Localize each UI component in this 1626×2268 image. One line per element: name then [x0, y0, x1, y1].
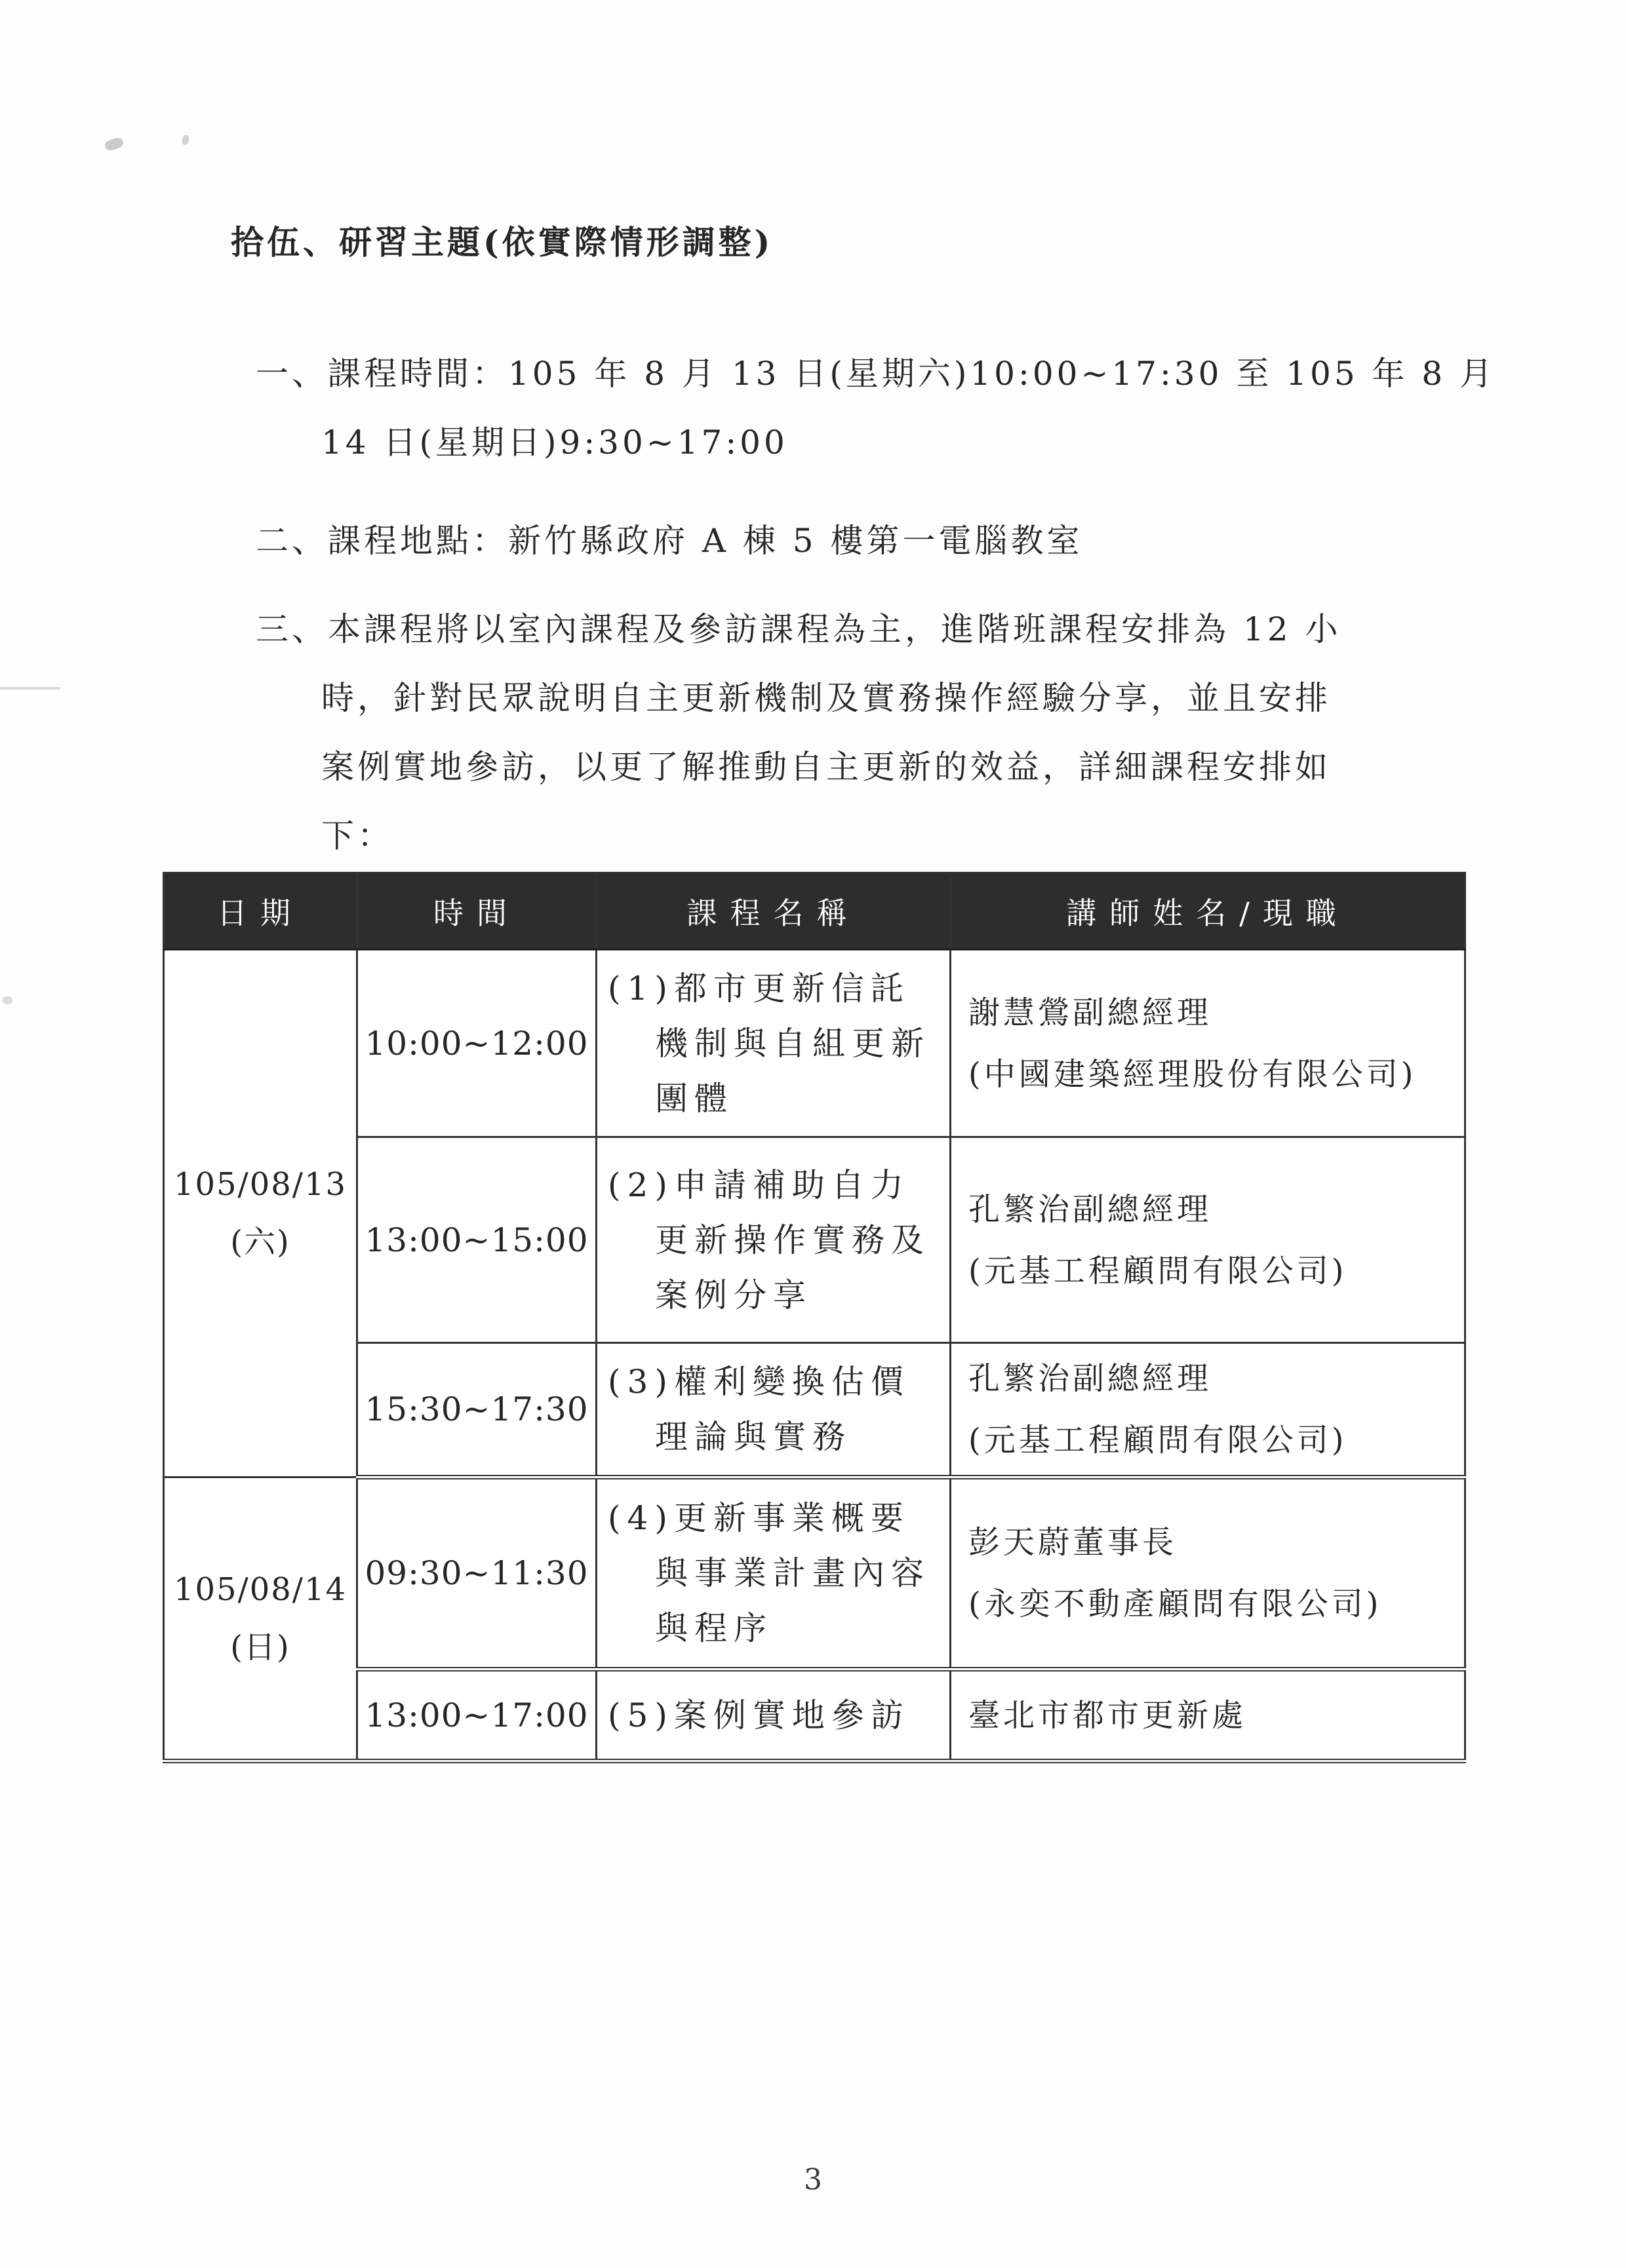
course-name: (1)都市更新信託機制與自組更新團體	[608, 961, 945, 1126]
instructor-cell: 孔繁治副總經理 (元基工程顧問有限公司)	[951, 1137, 1465, 1343]
course-cell: (5)案例實地參訪	[597, 1670, 951, 1761]
text-line: 三、本課程將以室內課程及參訪課程為主，進階班課程安排為 12 小	[256, 595, 1341, 664]
table-row: 13:00~15:00 (2)申請補助自力更新操作實務及案例分享 孔繁治副總經理…	[164, 1137, 1465, 1343]
scan-artifact	[104, 136, 125, 152]
instructor-name: 孔繁治副總經理	[968, 1190, 1463, 1228]
text-line: 下：	[321, 802, 1341, 870]
instructor-name: 謝慧鶯副總經理	[968, 994, 1463, 1032]
table-row: 13:00~17:00 (5)案例實地參訪 臺北市都市更新處	[164, 1670, 1465, 1761]
list-item-course-description: 三、本課程將以室內課程及參訪課程為主，進階班課程安排為 12 小 時，針對民眾說…	[256, 595, 1341, 870]
instructor-cell: 孔繁治副總經理 (元基工程顧問有限公司)	[951, 1343, 1465, 1477]
instructor-name: 臺北市都市更新處	[968, 1696, 1463, 1734]
course-cell: (4)更新事業概要與事業計畫內容與程序	[597, 1477, 951, 1670]
course-name: (2)申請補助自力更新操作實務及案例分享	[608, 1158, 945, 1323]
instructor-organization: (元基工程顧問有限公司)	[968, 1252, 1463, 1290]
time-cell: 15:30~17:30	[357, 1343, 597, 1477]
instructor-cell: 謝慧鶯副總經理 (中國建築經理股份有限公司)	[951, 950, 1465, 1137]
table-row: 15:30~17:30 (3)權利變換估價理論與實務 孔繁治副總經理 (元基工程…	[164, 1343, 1465, 1477]
instructor-name: 孔繁治副總經理	[968, 1359, 1463, 1398]
table-row: 105/08/14 (日) 09:30~11:30 (4)更新事業概要與事業計畫…	[164, 1477, 1465, 1670]
instructor-organization: (中國建築經理股份有限公司)	[968, 1055, 1463, 1093]
section-title: 拾伍、研習主題(依實際情形調整)	[231, 223, 773, 262]
schedule-table-container: 日期 時間 課程名稱 講師姓名/現職 105/08/13 (六) 10:00~1…	[163, 872, 1466, 1763]
date-cell: 105/08/13 (六)	[164, 950, 357, 1477]
instructor-organization: (元基工程顧問有限公司)	[968, 1421, 1463, 1459]
column-header-course: 課程名稱	[597, 873, 951, 950]
date-value: 105/08/14	[165, 1561, 355, 1618]
instructor-organization: (永奕不動產顧問有限公司)	[968, 1585, 1463, 1623]
course-cell: (2)申請補助自力更新操作實務及案例分享	[597, 1137, 951, 1343]
page-number: 3	[0, 2163, 1626, 2197]
time-cell: 09:30~11:30	[357, 1477, 597, 1670]
instructor-cell: 臺北市都市更新處	[951, 1670, 1465, 1761]
weekday-value: (日)	[165, 1618, 355, 1676]
schedule-table: 日期 時間 課程名稱 講師姓名/現職 105/08/13 (六) 10:00~1…	[163, 872, 1466, 1763]
course-name: (3)權利變換估價理論與實務	[608, 1354, 945, 1464]
text-line: 時，針對民眾說明自主更新機制及實務操作經驗分享，並且安排	[321, 664, 1341, 733]
text-line: 二、課程地點：新竹縣政府 A 棟 5 樓第一電腦教室	[256, 507, 1083, 576]
instructor-cell: 彭天蔚董事長 (永奕不動產顧問有限公司)	[951, 1477, 1465, 1670]
date-value: 105/08/13	[165, 1156, 355, 1213]
time-cell: 10:00~12:00	[357, 950, 597, 1137]
scan-artifact	[3, 996, 12, 1004]
weekday-value: (六)	[165, 1213, 355, 1271]
time-cell: 13:00~15:00	[357, 1137, 597, 1343]
text-line: 案例實地參訪，以更了解推動自主更新的效益，詳細課程安排如	[321, 733, 1341, 802]
date-cell: 105/08/14 (日)	[164, 1477, 357, 1761]
scan-artifact	[0, 687, 60, 690]
list-item-course-location: 二、課程地點：新竹縣政府 A 棟 5 樓第一電腦教室	[256, 507, 1083, 576]
time-cell: 13:00~17:00	[357, 1670, 597, 1761]
column-header-instructor: 講師姓名/現職	[951, 873, 1465, 950]
text-line: 一、課程時間：105 年 8 月 13 日(星期六)10:00~17:30 至 …	[256, 340, 1496, 408]
instructor-name: 彭天蔚董事長	[968, 1523, 1463, 1561]
course-cell: (3)權利變換估價理論與實務	[597, 1343, 951, 1477]
document-page: 拾伍、研習主題(依實際情形調整) 一、課程時間：105 年 8 月 13 日(星…	[0, 0, 1626, 2268]
list-item-course-time: 一、課程時間：105 年 8 月 13 日(星期六)10:00~17:30 至 …	[256, 340, 1496, 477]
scan-artifact	[182, 134, 190, 146]
course-name: (5)案例實地參訪	[608, 1688, 945, 1743]
column-header-time: 時間	[357, 873, 597, 950]
column-header-date: 日期	[164, 873, 357, 950]
course-cell: (1)都市更新信託機制與自組更新團體	[597, 950, 951, 1137]
course-name: (4)更新事業概要與事業計畫內容與程序	[608, 1491, 945, 1656]
table-header-row: 日期 時間 課程名稱 講師姓名/現職	[164, 873, 1465, 950]
table-row: 105/08/13 (六) 10:00~12:00 (1)都市更新信託機制與自組…	[164, 950, 1465, 1137]
text-line: 14 日(星期日)9:30~17:00	[321, 408, 1496, 477]
